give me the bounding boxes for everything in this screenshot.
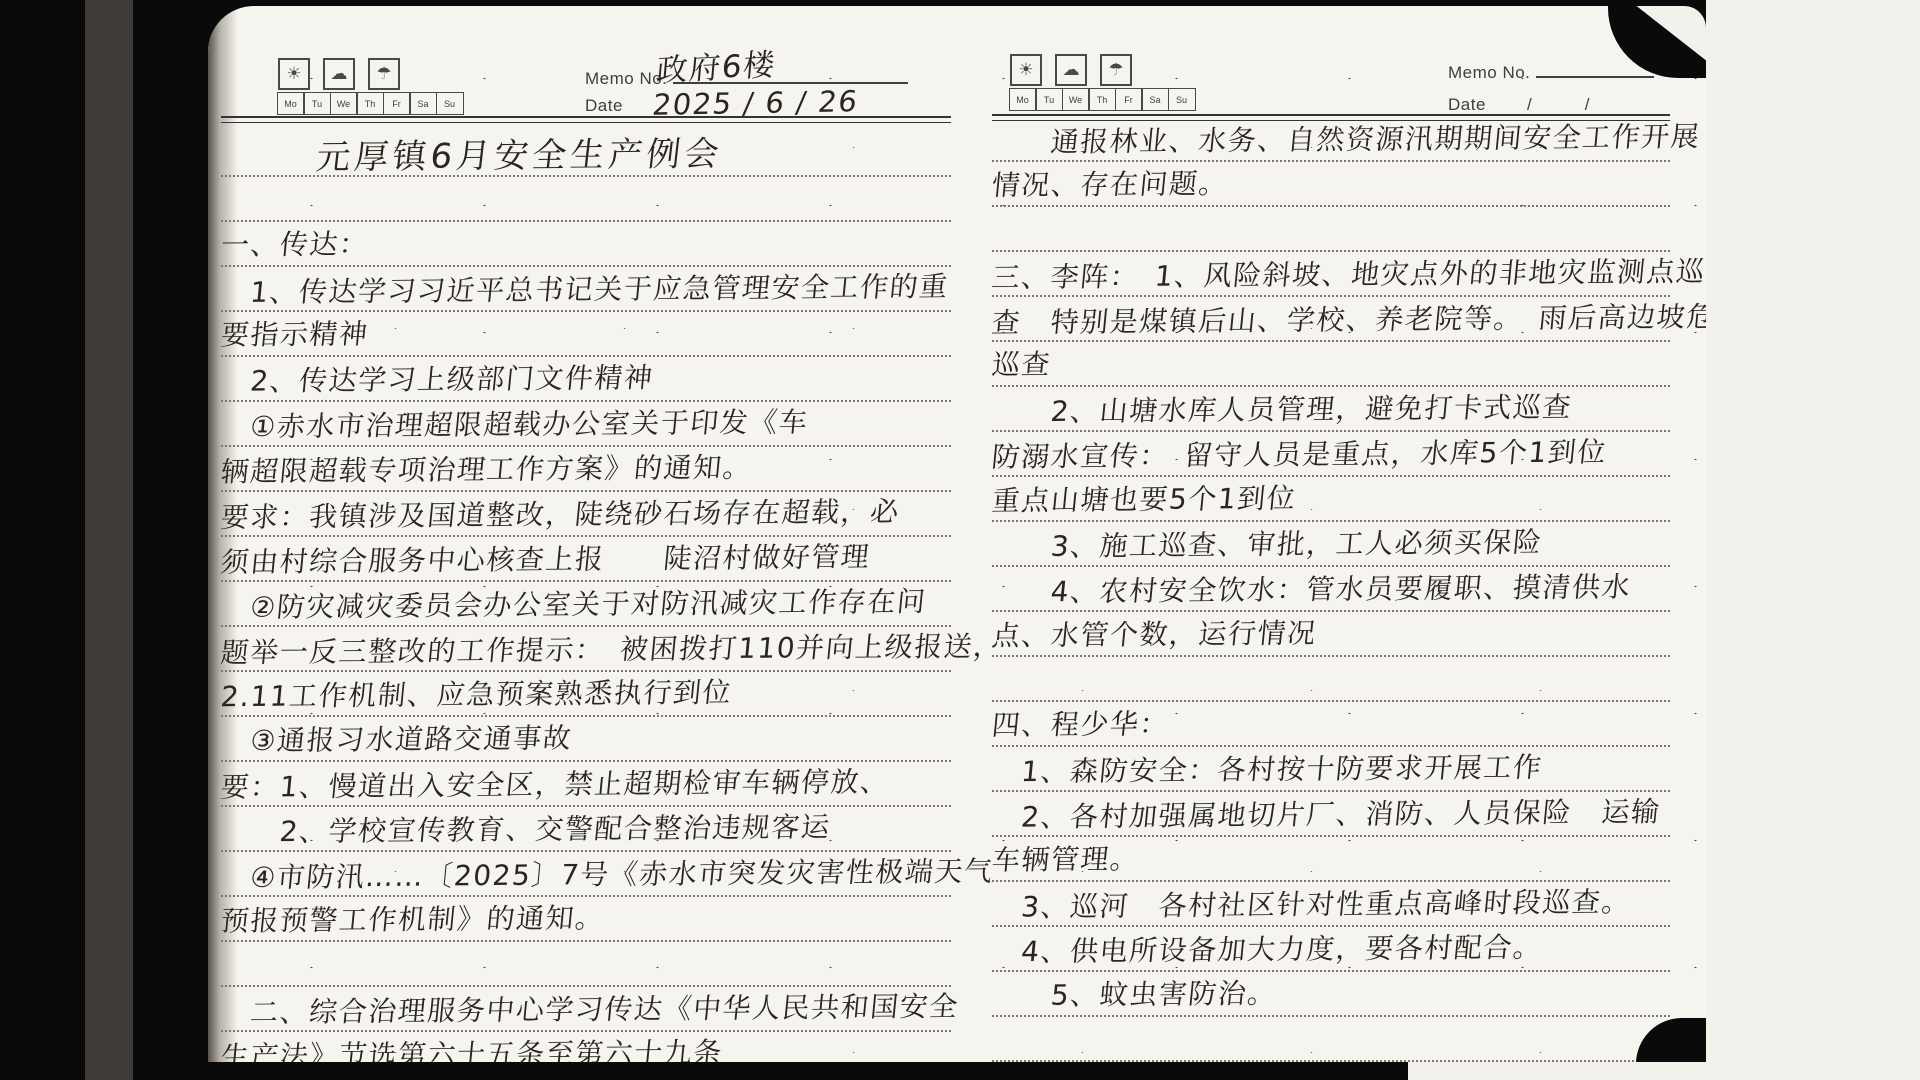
ruled-line: ③通报习水道路交通事故	[221, 717, 951, 762]
handwritten-text: 重点山塘也要5个1到位	[990, 476, 1299, 525]
ruled-line: 查 特别是煤镇后山、学校、养老院等。 雨后高边坡危险区	[992, 297, 1670, 342]
ruled-line	[992, 207, 1670, 252]
handwritten-text: 一、传达：	[219, 221, 371, 268]
weather-icon-box: ☀	[278, 58, 310, 90]
weather-icon-box: ☁	[1055, 54, 1087, 86]
weekday-box: Mo	[277, 92, 305, 115]
handwritten-text: 1、传达学习习近平总书记关于应急管理安全工作的重	[218, 264, 950, 316]
handwritten-text: ③通报习水道路交通事故	[219, 715, 575, 764]
handwritten-text: 3、施工巡查、审批，工人必须买保险	[990, 520, 1545, 571]
handwritten-text: ①赤水市治理超限超载办公室关于印发《车	[219, 399, 811, 450]
ruled-line: 预报预警工作机制》的通知。	[221, 897, 951, 942]
ruled-line: 题举一反三整改的工作提示： 被困拨打110并向上级报送，	[221, 627, 951, 672]
date-printed-slashes: / /	[1527, 95, 1590, 114]
scanned-notebook-screenshot: ☀☁☂ MoTuWeThFrSaSu Memo No. 政府6楼 Date 20…	[0, 0, 1920, 1080]
weekday-box: Fr	[1115, 88, 1143, 111]
weather-icon-box: ☂	[368, 58, 400, 90]
handwritten-text: 车辆管理。	[990, 836, 1142, 883]
ruled-line: 须由村综合服务中心核查上报 陡沼村做好管理	[221, 537, 951, 582]
weekday-box: Sa	[409, 92, 437, 115]
ruled-line: 辆超限超载专项治理工作方案》的通知。	[221, 447, 951, 492]
weather-icon-box: ☂	[1100, 54, 1132, 86]
handwritten-text: 4、供电所设备加大力度，要各村配合。	[990, 925, 1545, 976]
ruled-line: ④市防汛……〔2025〕7号《赤水市突发灾害性极端天气	[221, 852, 951, 897]
curled-corner-top-right	[1634, 6, 1706, 62]
ruled-lines-right: 通报林业、水务、自然资源汛期期间安全工作开展 情况、存在问题。 三、李阵： 1、…	[992, 117, 1670, 1062]
ruled-lines-left: 一、传达： 1、传达学习习近平总书记关于应急管理安全工作的重 要指示精神 2、传…	[221, 132, 951, 1062]
ruled-line	[221, 177, 951, 222]
ruled-line: 生产法》节选第六十五条至第六十九条	[221, 1032, 951, 1062]
date-line: Date / /	[1448, 90, 1590, 115]
handwritten-text: 情况、存在问题。	[990, 161, 1231, 209]
handwritten-text: 三、李阵： 1、风险斜坡、地灾点外的非地灾监测点巡	[989, 249, 1706, 301]
handwritten-text: 要求：我镇涉及国道整改，陡绕砂石场存在超载，必	[218, 489, 902, 541]
weekday-box: Su	[1168, 88, 1196, 111]
weather-icon-box: ☁	[323, 58, 355, 90]
handwritten-text: 1、森防安全：各村按十防要求开展工作	[990, 745, 1545, 796]
ruled-line: ②防灾减灾委员会办公室关于对防汛减灾工作存在问	[221, 582, 951, 627]
ruled-line: 要指示精神	[221, 312, 951, 357]
handwritten-text: 4、农村安全饮水：管水员要履职、摸清供水	[990, 564, 1634, 616]
weekday-box: Mo	[1009, 88, 1037, 111]
handwritten-text: 3、巡河 各村社区针对性重点高峰时段巡查。	[990, 879, 1634, 931]
handwritten-text: 2、学校宣传教育、交警配合整治违规客运	[219, 804, 833, 855]
scanner-left-strip	[85, 0, 133, 1080]
ruled-line	[221, 942, 951, 987]
weekday-box: Th	[1088, 88, 1116, 111]
header-double-rule	[221, 116, 951, 123]
handwritten-text: 要指示精神	[219, 311, 371, 358]
weekday-box: Fr	[383, 92, 411, 115]
ruled-line: 一、传达：	[221, 222, 951, 267]
ruled-line: 点、水管个数，运行情况	[992, 612, 1670, 657]
ruled-line: 3、巡河 各村社区针对性重点高峰时段巡查。	[992, 882, 1670, 927]
ruled-line: 防溺水宣传： 留守人员是重点，水库5个1到位	[992, 432, 1670, 477]
handwritten-text: 二、综合治理服务中心学习传达《中华人民共和国安全	[218, 984, 961, 1036]
ruled-line: 5、蚊虫害防治。	[992, 972, 1670, 1017]
handwritten-text: 点、水管个数，运行情况	[990, 611, 1319, 660]
weather-icons-row: ☀☁☂	[1010, 54, 1132, 86]
weather-icons-row: ☀☁☂	[278, 58, 400, 90]
handwritten-text: ④市防汛……〔2025〕7号《赤水市突发灾害性极端天气	[218, 849, 995, 902]
handwritten-text: 查 特别是煤镇后山、学校、养老院等。 雨后高边坡危险区	[989, 294, 1706, 347]
weekday-box: Sa	[1141, 88, 1169, 111]
handwritten-text: 辆超限超载专项治理工作方案》的通知。	[219, 445, 755, 496]
handwritten-text: 2.11工作机制、应急预案熟悉执行到位	[219, 670, 735, 720]
ruled-line: 重点山塘也要5个1到位	[992, 477, 1670, 522]
ruled-line: 要：1、慢道出入安全区，禁止超期检审车辆停放、	[221, 762, 951, 807]
ruled-line: 三、李阵： 1、风险斜坡、地灾点外的非地灾监测点巡	[992, 252, 1670, 297]
handwritten-text: 要：1、慢道出入安全区，禁止超期检审车辆停放、	[218, 759, 891, 811]
ruled-line: 2、学校宣传教育、交警配合整治违规客运	[221, 807, 951, 852]
ruled-line: 车辆管理。	[992, 837, 1670, 882]
handwritten-text: 题举一反三整改的工作提示： 被困拨打110并向上级报送，	[218, 624, 1005, 677]
date-line: Date	[585, 96, 623, 116]
handwritten-text: 须由村综合服务中心核查上报 陡沼村做好管理	[218, 534, 872, 586]
handwritten-text: 巡查	[990, 342, 1054, 389]
ruled-line: 四、程少华：	[992, 702, 1670, 747]
memo-no-line: Memo No.	[1448, 62, 1654, 83]
handwritten-text: 2、山塘水库人员管理，避免打卡式巡查	[990, 384, 1575, 435]
ruled-line: 情况、存在问题。	[992, 162, 1670, 207]
weekday-box: Th	[356, 92, 384, 115]
notebook-page-left: ☀☁☂ MoTuWeThFrSaSu Memo No. 政府6楼 Date 20…	[225, 6, 959, 1062]
ruled-line: 要求：我镇涉及国道整改，陡绕砂石场存在超载，必	[221, 492, 951, 537]
date-label: Date	[585, 96, 623, 115]
handwritten-text: ②防灾减灾委员会办公室关于对防汛减灾工作存在问	[218, 579, 928, 631]
ruled-line: 1、森防安全：各村按十防要求开展工作	[992, 747, 1670, 792]
scanner-bottom-background	[1408, 1060, 1708, 1080]
ruled-line: 2.11工作机制、应急预案熟悉执行到位	[221, 672, 951, 717]
scanner-right-background	[1706, 0, 1920, 1080]
ruled-line: 1、传达学习习近平总书记关于应急管理安全工作的重	[221, 267, 951, 312]
handwritten-text: 2、各村加强属地切片厂、消防、人员保险 运输	[989, 789, 1662, 841]
ruled-line: 二、综合治理服务中心学习传达《中华人民共和国安全	[221, 987, 951, 1032]
notebook-scan-paper: ☀☁☂ MoTuWeThFrSaSu Memo No. 政府6楼 Date 20…	[208, 6, 1706, 1062]
weekday-row: MoTuWeThFrSaSu	[1010, 88, 1196, 111]
ruled-line: 4、农村安全饮水：管水员要履职、摸清供水	[992, 567, 1670, 612]
ruled-line: 4、供电所设备加大力度，要各村配合。	[992, 927, 1670, 972]
ruled-line: 2、传达学习上级部门文件精神	[221, 357, 951, 402]
memo-no-label: Memo No.	[1448, 63, 1530, 82]
handwritten-text: 5、蚊虫害防治。	[990, 971, 1280, 1019]
ruled-line: 2、山塘水库人员管理，避免打卡式巡查	[992, 387, 1670, 432]
weekday-box: We	[1062, 88, 1090, 111]
weekday-box: Tu	[303, 92, 331, 115]
weather-icon-box: ☀	[1010, 54, 1042, 86]
ruled-line	[992, 657, 1670, 702]
handwritten-text: 预报预警工作机制》的通知。	[219, 895, 607, 944]
date-label: Date	[1448, 95, 1486, 114]
weekday-box: Tu	[1035, 88, 1063, 111]
notebook-page-right: ☀☁☂ MoTuWeThFrSaSu Memo No. Date / / 通报林…	[986, 6, 1676, 1062]
ruled-line: 巡查	[992, 342, 1670, 387]
handwritten-text: 生产法》节选第六十五条至第六十九条	[219, 1030, 725, 1062]
ruled-line	[221, 132, 951, 177]
weekday-box: We	[330, 92, 358, 115]
ruled-line	[992, 1017, 1670, 1062]
handwritten-text: 通报林业、水务、自然资源汛期期间安全工作开展	[989, 114, 1702, 166]
ruled-line: 通报林业、水务、自然资源汛期期间安全工作开展	[992, 117, 1670, 162]
ruled-line: ①赤水市治理超限超载办公室关于印发《车	[221, 402, 951, 447]
handwritten-text: 2、传达学习上级部门文件精神	[219, 355, 656, 405]
weekday-row: MoTuWeThFrSaSu	[278, 92, 464, 115]
ruled-line: 2、各村加强属地切片厂、消防、人员保险 运输	[992, 792, 1670, 837]
handwritten-text: 防溺水宣传： 留守人员是重点，水库5个1到位	[990, 429, 1610, 480]
handwritten-text: 四、程少华：	[990, 701, 1172, 749]
ruled-line: 3、施工巡查、审批，工人必须买保险	[992, 522, 1670, 567]
weekday-box: Su	[436, 92, 464, 115]
memo-no-handwritten-value: 政府6楼	[655, 39, 778, 90]
